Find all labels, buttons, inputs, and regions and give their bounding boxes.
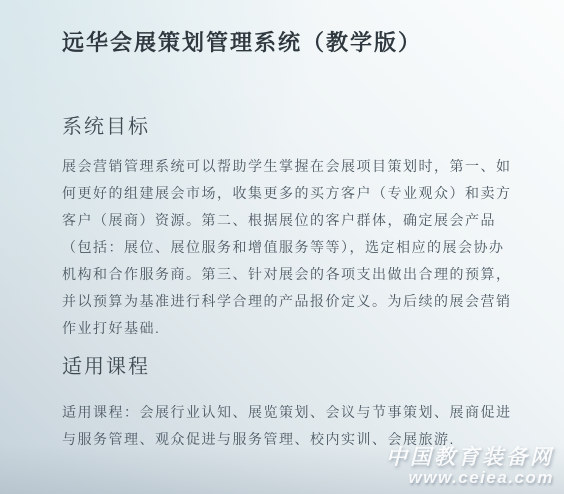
- section-heading-system-goals: 系统目标: [62, 110, 150, 139]
- page-title: 远华会展策划管理系统（教学版）: [62, 26, 422, 57]
- paragraph-line: 机构和合作服务商。第三、针对展会的各项支出做出合理的预算，: [62, 261, 532, 288]
- section-heading-applicable-courses: 适用课程: [62, 350, 150, 379]
- paragraph-line: 并以预算为基准进行科学合理的产品报价定义。为后续的展会营销: [62, 288, 532, 315]
- system-goals-paragraph: 展会营销管理系统可以帮助学生掌握在会展项目策划时，第一、如 何更好的组建展会市场…: [62, 153, 532, 342]
- paragraph-line: 客户（展商）资源。第二、根据展位的客户群体，确定展会产品: [62, 207, 532, 234]
- paragraph-line: 适用课程：会展行业认知、展览策划、会议与节事策划、展商促进: [62, 399, 532, 426]
- document-page: 远华会展策划管理系统（教学版） 系统目标 展会营销管理系统可以帮助学生掌握在会展…: [0, 0, 564, 494]
- watermark-site-url: www.ceiea.com: [386, 469, 554, 488]
- paragraph-line: （包括：展位、展位服务和增值服务等等），选定相应的展会协办: [62, 234, 532, 261]
- paragraph-line: 展会营销管理系统可以帮助学生掌握在会展项目策划时，第一、如: [62, 153, 532, 180]
- paragraph-line: 作业打好基础.: [62, 315, 532, 342]
- applicable-courses-paragraph: 适用课程：会展行业认知、展览策划、会议与节事策划、展商促进 与服务管理、观众促进…: [62, 399, 532, 453]
- paragraph-line: 何更好的组建展会市场，收集更多的买方客户（专业观众）和卖方: [62, 180, 532, 207]
- paragraph-line: 与服务管理、观众促进与服务管理、校内实训、会展旅游.: [62, 426, 532, 453]
